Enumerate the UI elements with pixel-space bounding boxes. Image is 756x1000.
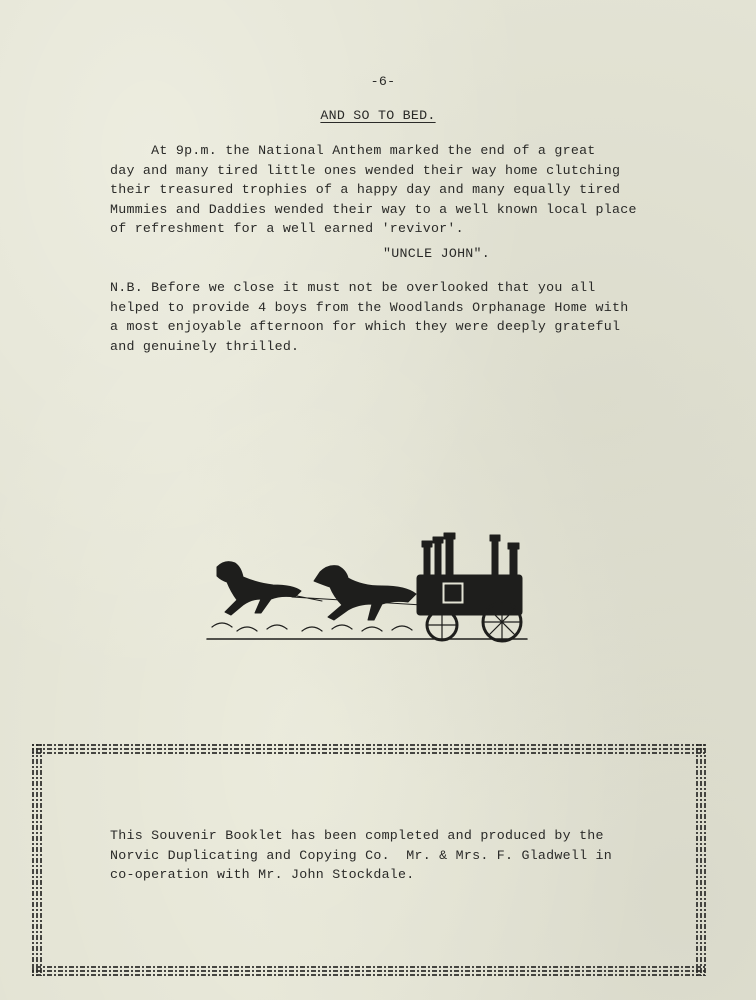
stagecoach-illustration bbox=[192, 527, 537, 647]
border-left bbox=[32, 744, 42, 976]
paragraph-closing: At 9p.m. the National Anthem marked the … bbox=[110, 141, 637, 239]
border-right bbox=[696, 744, 706, 976]
document-page: -6- AND SO TO BED. At 9p.m. the National… bbox=[0, 0, 756, 1000]
border-top bbox=[32, 744, 706, 754]
footer-credits: This Souvenir Booklet has been completed… bbox=[110, 826, 612, 885]
section-heading-text: AND SO TO BED. bbox=[320, 108, 435, 123]
paragraph-nb: N.B. Before we close it must not be over… bbox=[110, 278, 628, 356]
border-bottom bbox=[32, 966, 706, 976]
section-heading: AND SO TO BED. bbox=[0, 106, 756, 126]
signature: "UNCLE JOHN". bbox=[383, 244, 490, 264]
page-number: -6- bbox=[0, 72, 756, 92]
